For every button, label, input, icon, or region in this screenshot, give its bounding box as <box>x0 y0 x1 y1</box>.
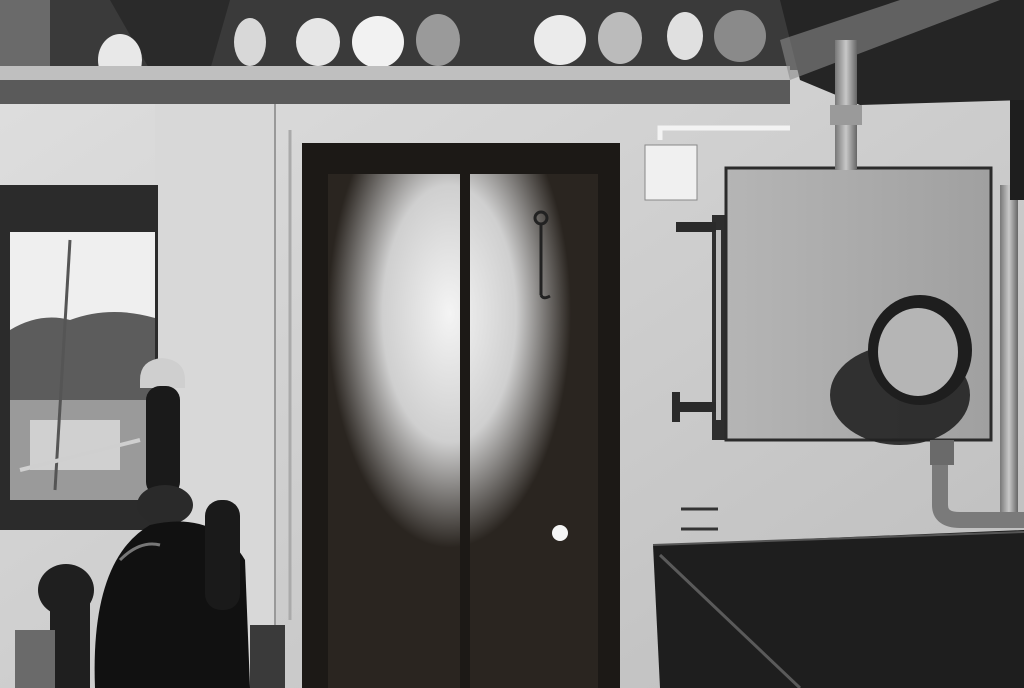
porthole-fitting <box>868 295 972 405</box>
counter-sink <box>653 530 1024 688</box>
overhead-shelf <box>0 0 1024 105</box>
door <box>302 143 620 688</box>
photo-scene: Black-and-white photograph of a ship's c… <box>0 0 1024 688</box>
scene-illustration <box>0 0 1024 688</box>
valve-box <box>645 145 697 200</box>
window <box>0 185 158 530</box>
door-knob-icon <box>552 525 568 541</box>
